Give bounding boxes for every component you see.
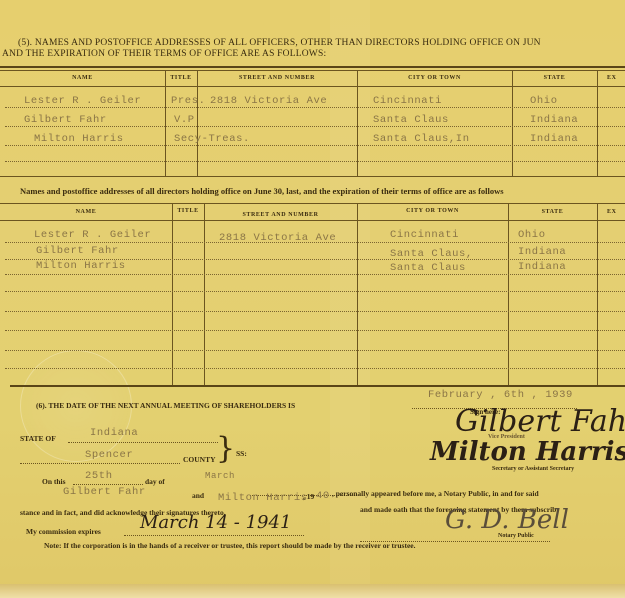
section5-heading: (5). NAMES AND POSTOFFICE ADDRESSES OF A…: [8, 38, 625, 60]
meeting-date: February , 6th , 1939: [428, 389, 573, 401]
divider: [0, 86, 625, 87]
day-of-label: day of: [145, 477, 165, 486]
month-value: March: [205, 471, 235, 481]
and-label: and: [192, 491, 204, 500]
secretary-caption: Secretary or Assistant Secretary: [492, 466, 574, 472]
row-line: [5, 368, 625, 370]
column-divider: [597, 203, 598, 385]
row-line: [5, 350, 625, 352]
row-line: [5, 107, 625, 109]
officer-state: Indiana: [530, 114, 578, 126]
col-header-state: STATE: [508, 209, 597, 215]
row-line: [5, 274, 625, 276]
director-name: Lester R . Geiler: [34, 229, 151, 241]
officer-street: 2818 Victoria Ave: [210, 95, 327, 107]
row-line: [5, 311, 625, 313]
person1-value: Gilbert Fahr: [63, 486, 146, 498]
row-line: [5, 126, 625, 128]
column-divider: [357, 203, 358, 385]
directors-caption: Names and postoffice addresses of all di…: [20, 186, 504, 196]
section5-heading-line1: (5). NAMES AND POSTOFFICE ADDRESSES OF A…: [8, 38, 625, 49]
officer-name: Lester R . Geiler: [24, 95, 141, 107]
column-divider: [204, 203, 205, 385]
receiver-note: Note: If the corporation is in the hands…: [44, 541, 415, 550]
divider: [0, 220, 625, 221]
document-page: (5). NAMES AND POSTOFFICE ADDRESSES OF A…: [0, 0, 625, 598]
divider: [0, 203, 625, 204]
officer-title: V.P: [174, 114, 195, 126]
county-dotted-line: [20, 463, 180, 464]
brace: }: [216, 434, 235, 464]
col-header-name: NAME: [0, 209, 172, 215]
director-city: Cincinnati: [390, 229, 459, 241]
divider: [10, 385, 625, 387]
col-header-title: TITLE: [172, 208, 204, 214]
notary-signature: G. D. Bell: [445, 505, 569, 535]
col-header-title: TITLE: [165, 75, 197, 81]
row-line: [5, 330, 625, 332]
county-label: COUNTY: [183, 455, 216, 464]
director-street: 2818 Victoria Ave: [219, 232, 336, 244]
row-line: [5, 145, 625, 147]
officer-city: Santa Claus: [373, 114, 449, 126]
officer-city: Santa Claus,In: [373, 133, 470, 145]
commission-label: My commission expires: [26, 527, 101, 536]
director-state: Indiana: [518, 246, 566, 258]
day-dotted-line: [73, 484, 143, 485]
commission-date: March 14 - 1941: [140, 512, 291, 533]
director-name: Gilbert Fahr: [36, 245, 119, 257]
year-value: 40: [316, 490, 330, 502]
officer-title: Secy-Treas.: [174, 133, 250, 145]
year-prefix: , 19: [303, 492, 314, 501]
county-value: Spencer: [85, 449, 133, 461]
director-state: Indiana: [518, 261, 566, 273]
day-value: 25th: [85, 470, 113, 482]
section6-label: (6). THE DATE OF THE NEXT ANNUAL MEETING…: [36, 401, 295, 410]
officer-title: Pres.: [171, 95, 206, 107]
col-header-expiration: EX: [597, 75, 625, 81]
signature-vice-president: Gilbert Fahr: [455, 404, 625, 439]
officer-name: Gilbert Fahr: [24, 114, 107, 126]
divider: [0, 70, 625, 71]
officer-city: Cincinnati: [373, 95, 442, 107]
person2-value: Milton Harris: [218, 492, 308, 504]
director-state: Ohio: [518, 229, 546, 241]
col-header-expiration: EX: [597, 209, 625, 215]
on-this-label: On this: [42, 477, 66, 486]
col-header-street: STREET AND NUMBER: [204, 212, 357, 218]
page-bottom-edge: [0, 584, 625, 598]
signature-secretary: Milton Harris: [430, 437, 625, 467]
officer-state: Ohio: [530, 95, 558, 107]
col-header-street: STREET AND NUMBER: [197, 75, 357, 81]
director-city: Santa Claus: [390, 262, 466, 274]
officer-name: Milton Harris: [34, 133, 124, 145]
officer-state: Indiana: [530, 133, 578, 145]
row-line: [5, 161, 625, 163]
column-divider: [172, 203, 173, 385]
divider: [0, 176, 625, 177]
ss-label: SS:: [236, 449, 247, 458]
col-header-city: CITY OR TOWN: [357, 75, 512, 81]
director-name: Milton Harris: [36, 260, 126, 272]
appeared-text: , personally appeared before me, a Notar…: [332, 489, 539, 498]
notary-caption: Notary Public: [498, 533, 534, 539]
divider: [0, 66, 625, 68]
row-line: [5, 291, 625, 293]
col-header-name: NAME: [0, 75, 165, 81]
section5-heading-line2: AND THE EXPIRATION OF THEIR TERMS OF OFF…: [2, 49, 625, 60]
director-city: Santa Claus,: [390, 248, 473, 260]
col-header-state: STATE: [512, 75, 597, 81]
state-value: Indiana: [90, 427, 138, 439]
column-divider: [508, 203, 509, 385]
col-header-city: CITY OR TOWN: [357, 208, 508, 214]
state-dotted-line: [68, 442, 218, 443]
state-of-label: STATE OF: [20, 434, 56, 443]
commission-dotted-line: [124, 535, 304, 536]
